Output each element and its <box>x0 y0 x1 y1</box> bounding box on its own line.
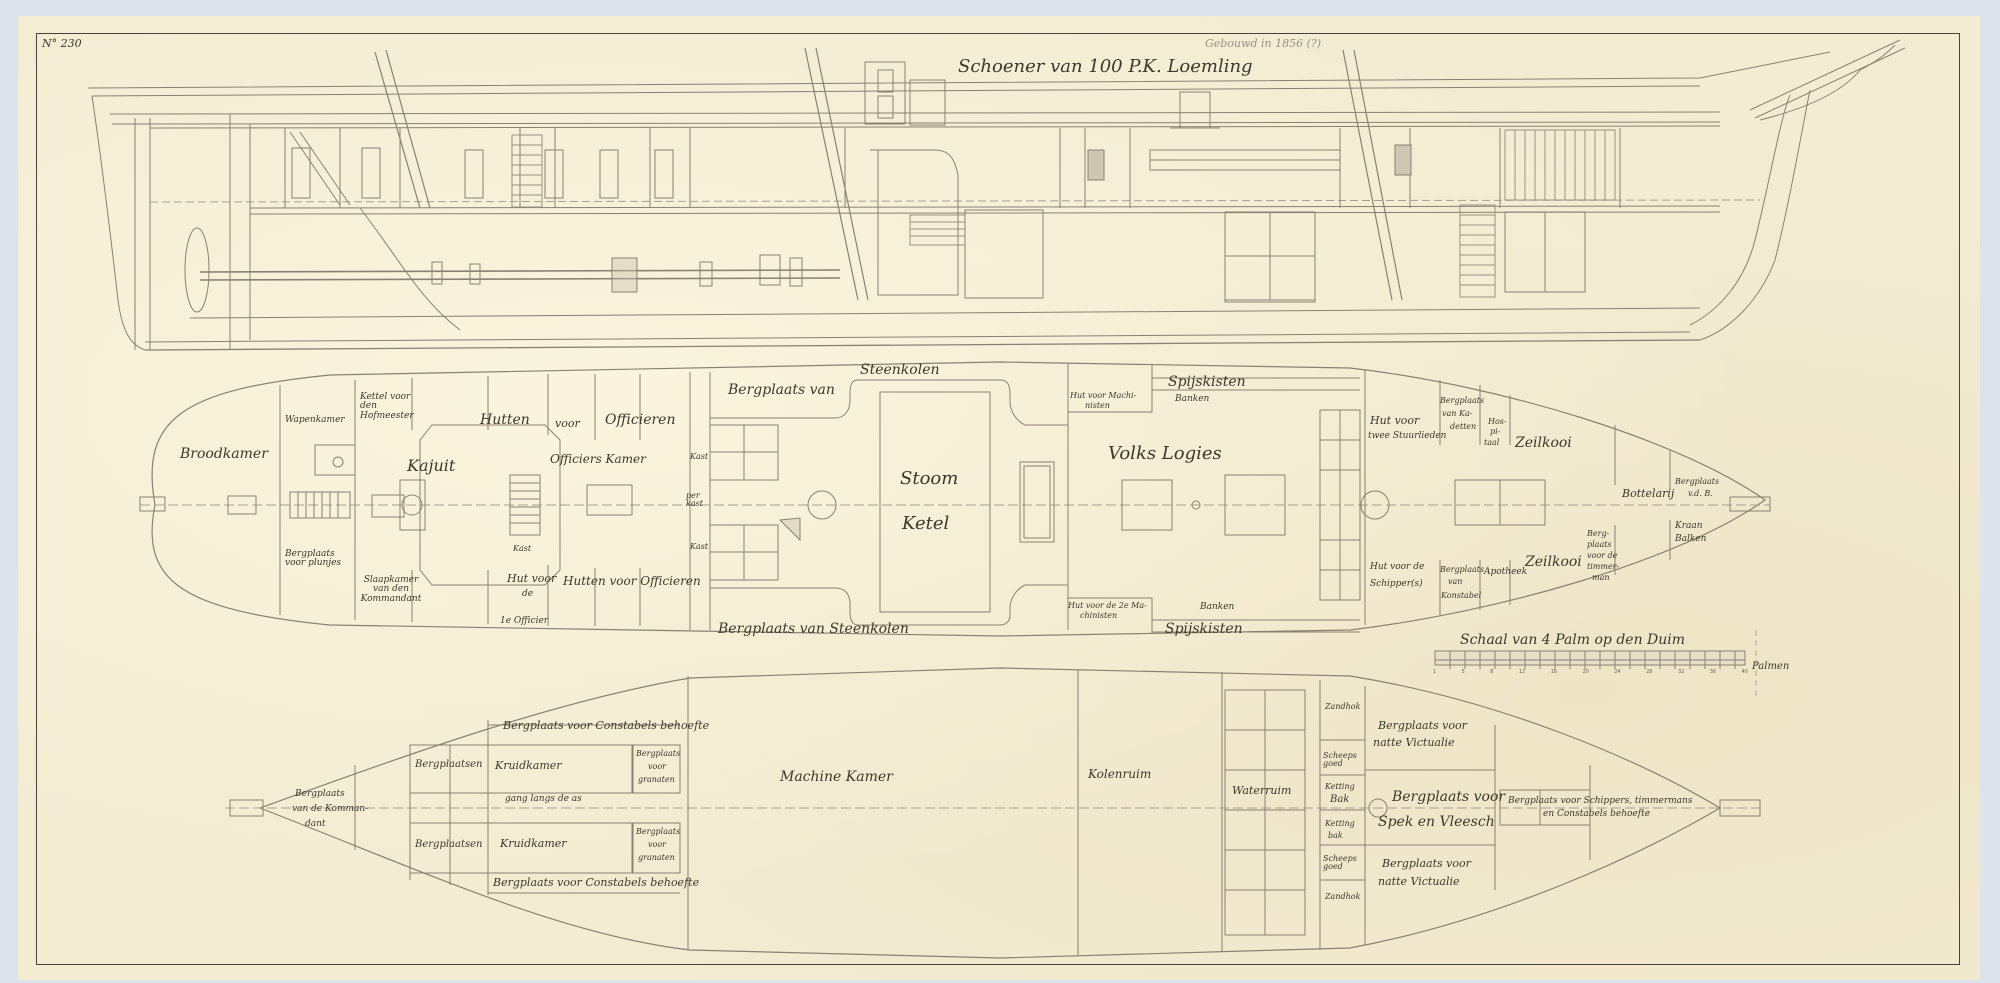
label-hospitaal-3: taal <box>1484 439 1499 447</box>
label-slaapkamer-kommandant: Slaapkamer van den Kommandant <box>355 576 427 604</box>
label-bergplaats-kadet-3: detten <box>1450 423 1476 431</box>
label-kruidkamer-bottom: Kruidkamer <box>500 838 567 850</box>
label-provisie-kast: per kast <box>686 492 706 509</box>
label-bergplaats-constabels-bottom: Bergplaats voor Constabels behoefte <box>493 877 699 889</box>
label-zandhok-top: Zandhok <box>1325 703 1360 711</box>
label-hut-stuurlieden-1: Hut voor <box>1370 415 1419 427</box>
label-hut-machinisten-1: Hut voor Machi- <box>1070 392 1136 400</box>
label-kajuit: Kajuit <box>407 458 455 475</box>
label-bergplaats-spek-1: Bergplaats voor <box>1392 790 1505 805</box>
label-kolenruim: Kolenruim <box>1088 768 1151 781</box>
label-stoomketel-2: Ketel <box>902 515 949 534</box>
scale-bar-unit: Palmen <box>1752 662 1789 673</box>
label-bergplaats-kommandant-2: van de Komman- <box>292 805 368 814</box>
label-kraan-1: Kraan <box>1675 522 1703 531</box>
label-spijskisten-bottom: Spijskisten <box>1165 622 1243 637</box>
label-kettingbak2-1: Ketting <box>1325 820 1355 828</box>
label-kettingbak-2: Bak <box>1330 795 1349 806</box>
label-bergplaats-constabels-top: Bergplaats voor Constabels behoefte <box>503 720 709 732</box>
scale-bar-ticks: 1581216202428323640 <box>1433 669 1748 675</box>
label-kettel: Kettel voor den Hofmeester <box>360 393 430 421</box>
label-banken-top: Banken <box>1175 395 1209 404</box>
label-hospitaal-1: Hos- <box>1488 418 1507 426</box>
label-bergplaats-konstabel-2: van <box>1448 578 1462 586</box>
label-waterruim: Waterruim <box>1232 785 1291 797</box>
label-hut-1e-officier-3: 1e Officier <box>500 617 548 626</box>
label-hut-schipper-2: Schipper(s) <box>1370 580 1423 589</box>
label-hut-1e-officier-1: Hut voor <box>507 573 556 585</box>
label-kettingbak-1: Ketting <box>1325 783 1355 791</box>
label-hutten-top-1: Hutten <box>480 413 530 428</box>
label-bergplaats-plunjes: Bergplaats voor plunjes <box>285 550 345 569</box>
label-hut-machinisten-2: nisten <box>1085 402 1110 410</box>
label-banken-bottom: Banken <box>1200 603 1234 612</box>
label-bergplaats-timmerman-3: voor de <box>1587 552 1617 560</box>
label-bergplaats-kadet-1: Bergplaats <box>1440 397 1484 405</box>
label-bergplaats-kadet-2: van Ka- <box>1442 410 1472 418</box>
label-kettingbak2-2: bak <box>1328 832 1343 840</box>
label-bottelarij: Bottelarij <box>1622 488 1674 500</box>
label-bergplaats-natte-1: Bergplaats voor <box>1378 720 1467 732</box>
side-elevation <box>88 40 1905 350</box>
label-bergplaats-kommandant-1: Bergplaats <box>295 790 345 799</box>
label-bergplaats-schippers-1: Bergplaats voor Schippers, timmermans <box>1508 797 1692 806</box>
label-hut-2e-machinisten-1: Hut voor de 2e Ma- <box>1068 602 1147 610</box>
label-bergplaats-natte-2: natte Victualie <box>1373 737 1455 749</box>
label-bergplaats-steenkolen-bottom: Bergplaats van Steenkolen <box>718 622 909 637</box>
label-kast-2: Kast <box>690 543 708 551</box>
label-granaten-top-3: granaten <box>638 776 675 784</box>
label-bergplaatsen-bottom: Bergplaatsen <box>415 840 482 851</box>
label-kruidkamer-top: Kruidkamer <box>495 760 562 772</box>
label-hut-1e-officier-2: de <box>522 590 533 599</box>
label-bergplaats-timmerman-5: man <box>1592 574 1610 582</box>
label-bergplaats-steenkolen-top-1: Bergplaats van <box>728 383 835 398</box>
label-hutten-bottom: Hutten voor Officieren <box>563 575 701 588</box>
label-bergplaats-steenkolen-top-2: Steenkolen <box>860 363 940 378</box>
sheet-number: N° 230 <box>42 38 82 50</box>
label-volks-logies: Volks Logies <box>1108 445 1222 464</box>
label-apotheek: Apotheek <box>1484 568 1527 577</box>
label-bergplaats-bootsman-1: Bergplaats <box>1675 478 1719 486</box>
label-granaten-bottom-2: voor <box>648 841 666 849</box>
pencil-note: Gebouwd in 1856 (?) <box>1205 38 1321 50</box>
label-hut-schipper-1: Hut voor de <box>1370 563 1424 572</box>
label-kast-1: Kast <box>690 453 708 461</box>
hold-plan <box>225 668 1760 958</box>
label-bergplaatsen-top: Bergplaatsen <box>415 760 482 771</box>
label-bergplaats-natte-b-1: Bergplaats voor <box>1382 858 1471 870</box>
label-bergplaats-timmerman-2: plaats <box>1587 541 1612 549</box>
label-hutten-top-2: voor <box>555 418 580 430</box>
label-hutten-top-3: Officieren <box>605 413 675 428</box>
label-bergplaats-spek-2: Spek en Vleesch <box>1378 815 1495 830</box>
label-gang: gang langs de as <box>505 795 582 804</box>
label-bergplaats-konstabel-1: Bergplaats <box>1440 566 1484 574</box>
label-granaten-top-2: voor <box>648 763 666 771</box>
label-scheepsgoed-top: Scheeps goed <box>1323 752 1363 769</box>
label-broodkamer: Broodkamer <box>180 447 268 462</box>
label-bergplaats-kommandant-3: dant <box>305 820 326 829</box>
label-zeilkooi-bottom: Zeilkooi <box>1525 555 1582 570</box>
label-zandhok-bottom: Zandhok <box>1325 893 1360 901</box>
label-bergplaats-timmerman-1: Berg- <box>1587 530 1609 538</box>
label-hut-stuurlieden-2: twee Stuurlieden <box>1368 432 1446 441</box>
sheet-title: Schoener van 100 P.K. Loemling <box>958 58 1253 77</box>
label-granaten-bottom-1: Bergplaats <box>636 828 680 836</box>
label-granaten-top-1: Bergplaats <box>636 750 680 758</box>
label-scheepsgoed-bottom: Scheeps goed <box>1323 855 1363 872</box>
scale-bar-title: Schaal van 4 Palm op den Duim <box>1460 633 1685 648</box>
label-bergplaats-schippers-2: en Constabels behoefte <box>1543 810 1650 819</box>
label-wapenkamer: Wapenkamer <box>285 416 345 425</box>
label-machine-kamer: Machine Kamer <box>780 770 893 785</box>
label-kast-3: Kast <box>513 545 531 553</box>
label-kraan-2: Balken <box>1675 535 1706 544</box>
label-bergplaats-konstabel-3: Konstabel <box>1441 592 1481 600</box>
label-hut-2e-machinisten-2: chinisten <box>1080 612 1117 620</box>
label-bergplaats-bootsman-2: v.d. B. <box>1688 490 1713 498</box>
label-hospitaal-2: pi- <box>1490 428 1500 436</box>
label-granaten-bottom-3: granaten <box>638 854 675 862</box>
label-spijskisten-top: Spijskisten <box>1168 375 1246 390</box>
label-stoomketel-1: Stoom <box>900 470 958 489</box>
label-officiers-kamer: Officiers Kamer <box>550 453 646 466</box>
label-bergplaats-natte-b-2: natte Victualie <box>1378 876 1460 888</box>
label-zeilkooi-top: Zeilkooi <box>1515 436 1572 451</box>
label-bergplaats-timmerman-4: timmer- <box>1587 563 1619 571</box>
